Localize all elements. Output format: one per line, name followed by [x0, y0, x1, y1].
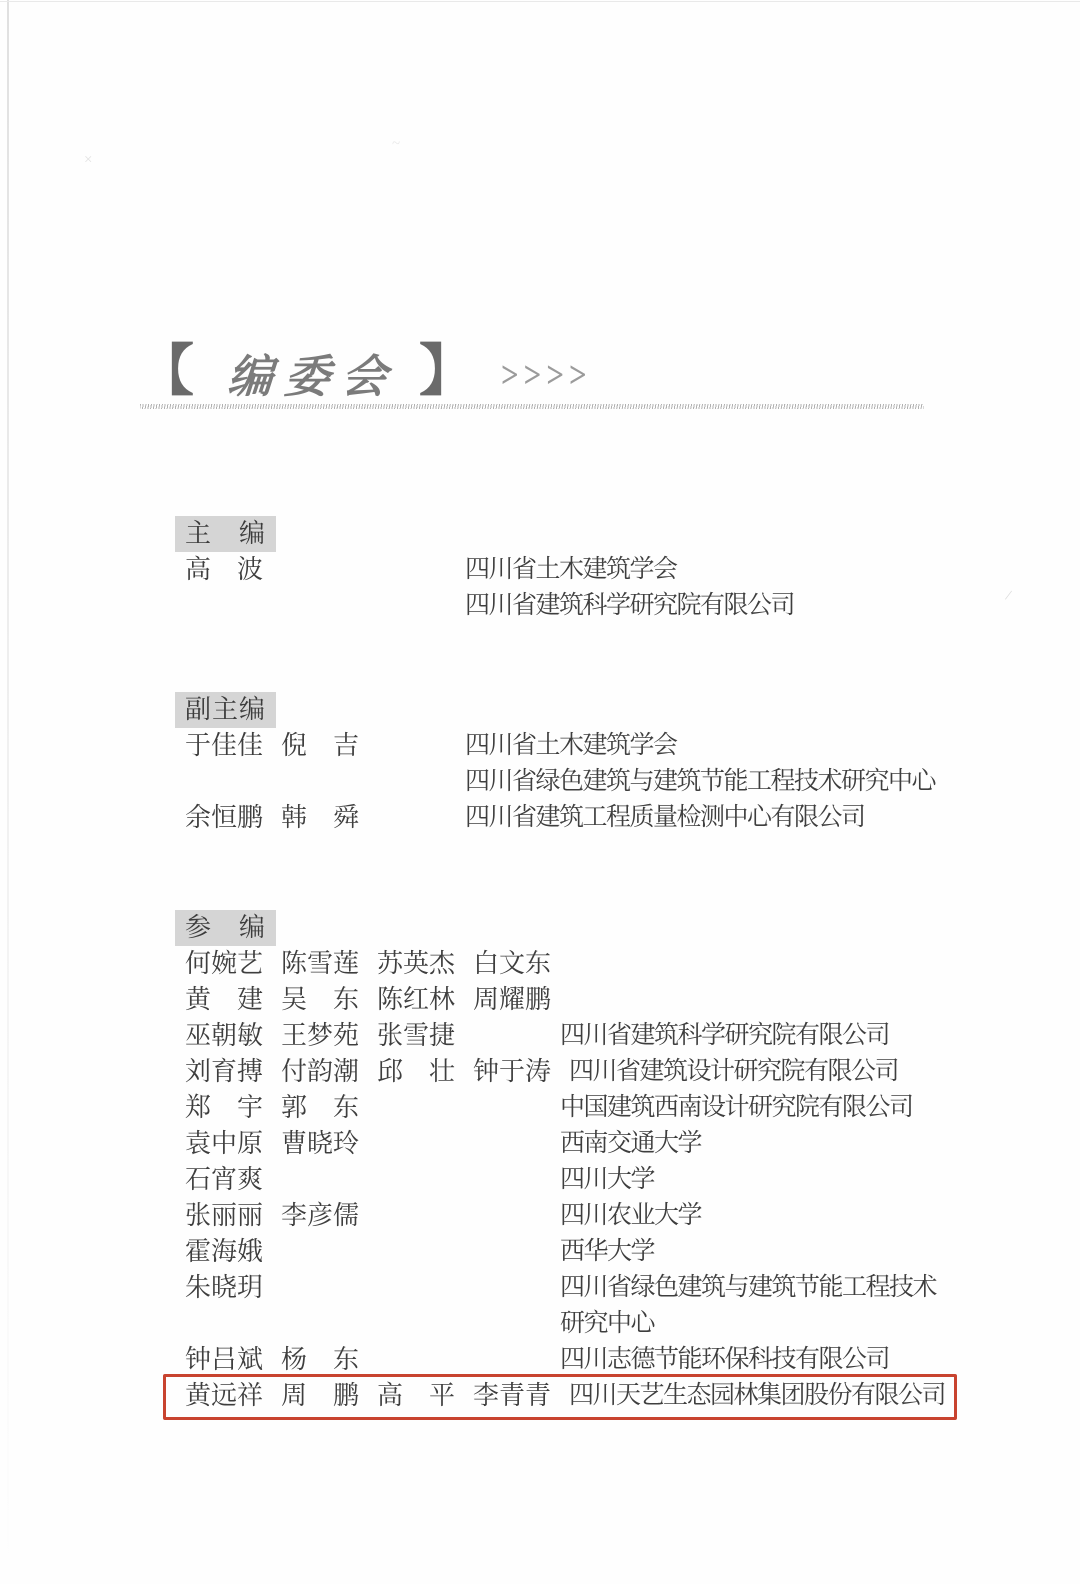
organization-name: 四川大学 — [560, 1162, 654, 1198]
member-name: 吴 东 — [281, 982, 365, 1018]
orgs-cell: 四川省建筑设计研究院有限公司 — [569, 1054, 898, 1090]
orgs-cell: 四川省土木建筑学会四川省建筑科学研究院有限公司 — [465, 552, 794, 624]
names-cell: 石宵爽 — [185, 1162, 560, 1198]
member-row: 余恒鹏韩 舜四川省建筑工程质量检测中心有限公司 — [185, 800, 1045, 836]
section-label: 参 编 — [175, 910, 276, 946]
organization-name: 四川省土木建筑学会 — [465, 552, 794, 588]
orgs-cell: 四川农业大学 — [560, 1198, 701, 1234]
member-name: 钟吕斌 — [185, 1342, 269, 1378]
member-name: 周 鹏 — [281, 1378, 365, 1414]
orgs-cell: 中国建筑西南设计研究院有限公司 — [560, 1090, 913, 1126]
section-0: 主 编高 波四川省土木建筑学会四川省建筑科学研究院有限公司 — [185, 516, 1045, 624]
orgs-cell: 四川天艺生态园林集团股份有限公司 — [569, 1378, 945, 1414]
member-name: 石宵爽 — [185, 1162, 269, 1198]
names-cell: 余恒鹏韩 舜 — [185, 800, 465, 836]
member-name: 钟于涛 — [473, 1054, 557, 1090]
orgs-cell: 四川省建筑科学研究院有限公司 — [560, 1018, 889, 1054]
member-row: 巫朝敏王梦苑张雪捷四川省建筑科学研究院有限公司 — [185, 1018, 1045, 1054]
member-row: 石宵爽四川大学 — [185, 1162, 1045, 1198]
orgs-cell: 西华大学 — [560, 1234, 654, 1270]
member-name: 白文东 — [473, 946, 557, 982]
member-row: 钟吕斌杨 东四川志德节能环保科技有限公司 — [185, 1342, 1045, 1378]
member-name: 余恒鹏 — [185, 800, 269, 836]
names-cell: 于佳佳倪 吉 — [185, 728, 465, 764]
member-name: 倪 吉 — [281, 728, 365, 764]
names-cell: 刘育搏付韵潮邱 壮钟于涛 — [185, 1054, 569, 1090]
organization-name: 四川省绿色建筑与建筑节能工程技术 — [560, 1270, 936, 1306]
member-name: 霍海娥 — [185, 1234, 269, 1270]
orgs-cell: 四川省绿色建筑与建筑节能工程技术研究中心 — [560, 1270, 936, 1342]
member-name: 高 波 — [185, 552, 269, 588]
organization-name: 中国建筑西南设计研究院有限公司 — [560, 1090, 913, 1126]
member-name: 陈雪莲 — [281, 946, 365, 982]
orgs-cell: 四川省土木建筑学会四川省绿色建筑与建筑节能工程技术研究中心 — [465, 728, 935, 800]
member-name: 邱 壮 — [377, 1054, 461, 1090]
hatched-divider-line — [140, 404, 924, 409]
scanned-document-page: 【 编委会 】 >>>> 主 编高 波四川省土木建筑学会四川省建筑科学研究院有限… — [0, 0, 1080, 1584]
orgs-cell: 西南交通大学 — [560, 1126, 701, 1162]
member-name: 郑 宇 — [185, 1090, 269, 1126]
names-cell: 巫朝敏王梦苑张雪捷 — [185, 1018, 560, 1054]
member-row: 袁中原曹晓玲西南交通大学 — [185, 1126, 1045, 1162]
section-2: 参 编何婉艺陈雪莲苏英杰白文东黄 建吴 东陈红林周耀鹏巫朝敏王梦苑张雪捷四川省建… — [185, 910, 1045, 1414]
section-label: 主 编 — [175, 516, 276, 552]
member-name: 付韵潮 — [281, 1054, 365, 1090]
member-row: 霍海娥西华大学 — [185, 1234, 1045, 1270]
names-cell: 黄 建吴 东陈红林周耀鹏 — [185, 982, 569, 1018]
member-row: 朱晓玥四川省绿色建筑与建筑节能工程技术研究中心 — [185, 1270, 1045, 1342]
page-header: 【 编委会 】 >>>> — [138, 336, 592, 408]
names-cell: 郑 宇郭 东 — [185, 1090, 560, 1126]
organization-name: 四川省建筑科学研究院有限公司 — [465, 588, 794, 624]
member-name: 何婉艺 — [185, 946, 269, 982]
organization-name: 四川天艺生态园林集团股份有限公司 — [569, 1378, 945, 1414]
member-name: 张雪捷 — [377, 1018, 461, 1054]
member-name: 杨 东 — [281, 1342, 365, 1378]
member-name: 王梦苑 — [281, 1018, 365, 1054]
organization-name: 四川省建筑工程质量检测中心有限公司 — [465, 800, 865, 836]
left-bracket-decoration: 【 — [138, 344, 194, 400]
names-cell: 朱晓玥 — [185, 1270, 560, 1306]
member-name: 韩 舜 — [281, 800, 365, 836]
scan-artifact-mark: × — [84, 152, 92, 169]
page-scan-top-edge — [0, 1, 1080, 2]
names-cell: 何婉艺陈雪莲苏英杰白文东 — [185, 946, 569, 982]
page-scan-left-edge — [7, 0, 9, 1584]
member-name: 李彦儒 — [281, 1198, 365, 1234]
member-name: 黄 建 — [185, 982, 269, 1018]
page-title: 编委会 — [226, 340, 402, 405]
orgs-cell: 四川大学 — [560, 1162, 654, 1198]
names-cell: 张丽丽李彦儒 — [185, 1198, 560, 1234]
member-name: 高 平 — [377, 1378, 461, 1414]
member-name: 郭 东 — [281, 1090, 365, 1126]
names-cell: 霍海娥 — [185, 1234, 560, 1270]
member-name: 刘育搏 — [185, 1054, 269, 1090]
member-row: 高 波四川省土木建筑学会四川省建筑科学研究院有限公司 — [185, 552, 1045, 624]
scan-artifact-mark: ~ — [392, 136, 400, 153]
member-name: 曹晓玲 — [281, 1126, 365, 1162]
member-row: 刘育搏付韵潮邱 壮钟于涛四川省建筑设计研究院有限公司 — [185, 1054, 1045, 1090]
member-name: 陈红林 — [377, 982, 461, 1018]
section-label: 副主编 — [175, 692, 276, 728]
organization-name: 四川省绿色建筑与建筑节能工程技术研究中心 — [465, 764, 935, 800]
section-1: 副主编于佳佳倪 吉四川省土木建筑学会四川省绿色建筑与建筑节能工程技术研究中心余恒… — [185, 692, 1045, 836]
organization-name: 西华大学 — [560, 1234, 654, 1270]
names-cell: 高 波 — [185, 552, 465, 588]
member-row: 于佳佳倪 吉四川省土木建筑学会四川省绿色建筑与建筑节能工程技术研究中心 — [185, 728, 1045, 800]
member-name: 周耀鹏 — [473, 982, 557, 1018]
member-row: 张丽丽李彦儒四川农业大学 — [185, 1198, 1045, 1234]
member-name: 朱晓玥 — [185, 1270, 269, 1306]
names-cell: 袁中原曹晓玲 — [185, 1126, 560, 1162]
member-row: 郑 宇郭 东中国建筑西南设计研究院有限公司 — [185, 1090, 1045, 1126]
editorial-board-list: 主 编高 波四川省土木建筑学会四川省建筑科学研究院有限公司副主编于佳佳倪 吉四川… — [185, 516, 1045, 1414]
member-row: 黄远祥周 鹏高 平李青青四川天艺生态园林集团股份有限公司 — [185, 1378, 1045, 1414]
member-name: 苏英杰 — [377, 946, 461, 982]
member-name: 李青青 — [473, 1378, 557, 1414]
orgs-cell: 四川省建筑工程质量检测中心有限公司 — [465, 800, 865, 836]
chevrons-decoration: >>>> — [501, 353, 592, 396]
organization-name: 四川省建筑设计研究院有限公司 — [569, 1054, 898, 1090]
orgs-cell: 四川志德节能环保科技有限公司 — [560, 1342, 889, 1378]
member-row: 何婉艺陈雪莲苏英杰白文东 — [185, 946, 1045, 982]
member-name: 袁中原 — [185, 1126, 269, 1162]
member-name: 黄远祥 — [185, 1378, 269, 1414]
member-row: 黄 建吴 东陈红林周耀鹏 — [185, 982, 1045, 1018]
organization-name: 四川省土木建筑学会 — [465, 728, 935, 764]
organization-name: 四川省建筑科学研究院有限公司 — [560, 1018, 889, 1054]
member-name: 张丽丽 — [185, 1198, 269, 1234]
organization-name: 研究中心 — [560, 1306, 936, 1342]
organization-name: 四川农业大学 — [560, 1198, 701, 1234]
organization-name: 西南交通大学 — [560, 1126, 701, 1162]
right-bracket-decoration: 】 — [419, 344, 475, 400]
organization-name: 四川志德节能环保科技有限公司 — [560, 1342, 889, 1378]
member-name: 巫朝敏 — [185, 1018, 269, 1054]
names-cell: 钟吕斌杨 东 — [185, 1342, 560, 1378]
names-cell: 黄远祥周 鹏高 平李青青 — [185, 1378, 569, 1414]
member-name: 于佳佳 — [185, 728, 269, 764]
